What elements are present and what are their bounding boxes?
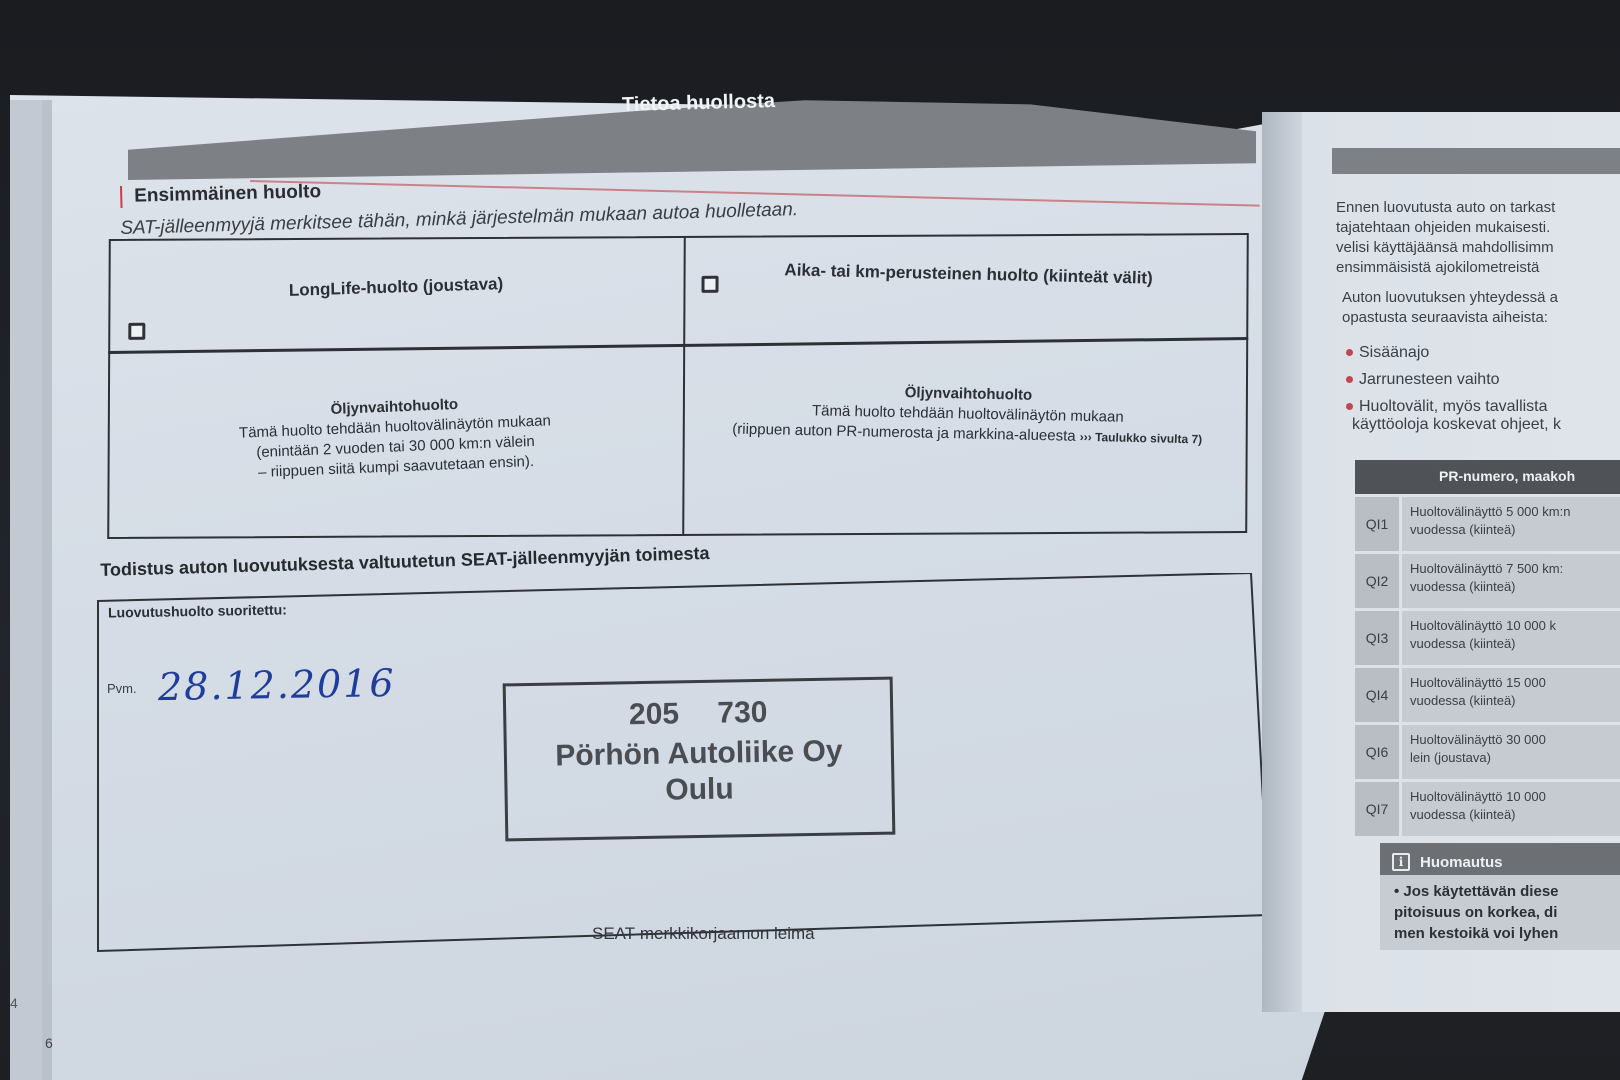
pr-description: Huoltovälinäyttö 10 000 k vuodessa (kiin…	[1402, 611, 1620, 665]
pr-description: Huoltovälinäyttö 30 000 lein (joustava)	[1402, 725, 1620, 779]
text-line: opastusta seuraavista aiheista:	[1342, 308, 1558, 328]
pr-code: QI4	[1355, 668, 1399, 722]
info-icon: i	[1392, 853, 1410, 871]
table-row: QI7 Huoltovälinäyttö 10 000 vuodessa (ki…	[1355, 782, 1620, 836]
bullet-icon	[1346, 403, 1353, 410]
table-row: QI2 Huoltovälinäyttö 7 500 km: vuodessa …	[1355, 554, 1620, 608]
table-row: QI3 Huoltovälinäyttö 10 000 k vuodessa (…	[1355, 611, 1620, 665]
table-row: QI4 Huoltovälinäyttö 15 000 vuodessa (ki…	[1355, 668, 1620, 722]
handwritten-date: 28.12.2016	[158, 661, 396, 709]
text-line: Auton luovutuksen yhteydessä a	[1342, 288, 1558, 308]
pr-description: Huoltovälinäyttö 5 000 km:n vuodessa (ki…	[1402, 497, 1620, 551]
desc-line: Huoltovälinäyttö 15 000	[1410, 674, 1620, 692]
bullet-icon	[1346, 349, 1353, 356]
list-item: Sisäänajo	[1346, 344, 1561, 362]
desc-line: Huoltovälinäyttö 7 500 km:	[1410, 560, 1620, 578]
table-reference-link[interactable]: ››› Taulukko sivulta 7)	[1080, 430, 1203, 447]
table-header: PR-numero, maakoh	[1355, 460, 1620, 494]
bullet-icon	[1346, 376, 1353, 383]
pr-code: QI1	[1355, 497, 1399, 551]
stamp-city: Oulu	[507, 770, 892, 811]
pr-description: Huoltovälinäyttö 7 500 km: vuodessa (kii…	[1402, 554, 1620, 608]
desc-line: vuodessa (kiinteä)	[1410, 521, 1620, 539]
note-line: men kestoikä voi lyhen	[1394, 923, 1620, 944]
desc-line: Huoltovälinäyttö 10 000	[1410, 788, 1620, 806]
page-number: 4	[10, 995, 18, 1011]
handover-paragraph: Auton luovutuksen yhteydessä a opastusta…	[1342, 288, 1558, 328]
desc-line: vuodessa (kiinteä)	[1410, 692, 1620, 710]
list-item: Huoltovälit, myös tavallista	[1346, 398, 1561, 416]
topics-list: Sisäänajo Jarrunesteen vaihto Huoltoväli…	[1346, 344, 1561, 443]
note-body: • Jos käytettävän diese pitoisuus on kor…	[1380, 875, 1620, 950]
service-type-table: LongLife-huolto (joustava) Aika- tai km-…	[107, 233, 1249, 539]
pr-code: QI6	[1355, 725, 1399, 779]
handover-label: Luovutushuolto suoritettu:	[108, 601, 287, 620]
desc-line: vuodessa (kiinteä)	[1410, 578, 1620, 596]
list-item: Jarrunesteen vaihto	[1346, 371, 1561, 389]
desc-line: Huoltovälinäyttö 5 000 km:n	[1410, 503, 1620, 521]
page-edge	[10, 100, 42, 1080]
pr-code: QI7	[1355, 782, 1399, 836]
text-line: ensimmäisistä ajokilometreistä	[1336, 258, 1555, 278]
list-item-text: Huoltovälit, myös tavallista	[1359, 398, 1548, 415]
note-line: pitoisuus on korkea, di	[1394, 902, 1620, 923]
pr-number-table: PR-numero, maakoh QI1 Huoltovälinäyttö 5…	[1355, 460, 1620, 836]
page-header-title: Tietoa huollosta	[622, 90, 776, 117]
text-line: velisi käyttäjäänsä mahdollisimm	[1336, 238, 1555, 258]
intro-paragraph: Ennen luovutusta auto on tarkast tajateh…	[1336, 198, 1555, 278]
text-line: tajatehtaan ohjeiden mukaisesti.	[1336, 218, 1555, 238]
dealer-stamp: 205 730 Pörhön Autoliike Oy Oulu	[503, 677, 896, 842]
table-row: QI6 Huoltovälinäyttö 30 000 lein (jousta…	[1355, 725, 1620, 779]
pr-code: QI3	[1355, 611, 1399, 665]
fixed-details: Öljynvaihtohuolto Tämä huolto tehdään hu…	[687, 379, 1249, 451]
pr-description: Huoltovälinäyttö 10 000 vuodessa (kiinte…	[1402, 782, 1620, 836]
note-header: i Huomautus	[1380, 843, 1620, 875]
note-line: • Jos käytettävän diese	[1394, 881, 1620, 902]
stamp-caption: SEAT-merkkikorjaamon leima	[592, 924, 815, 944]
pr-description: Huoltovälinäyttö 15 000 vuodessa (kiinte…	[1402, 668, 1620, 722]
longlife-checkbox[interactable]	[128, 323, 145, 340]
list-item-text: Sisäänajo	[1359, 344, 1429, 361]
pr-code: QI2	[1355, 554, 1399, 608]
page-number: 6	[45, 1035, 53, 1051]
stamp-dealer-name: Pörhön Autoliike Oy	[507, 734, 892, 775]
desc-line: Huoltovälinäyttö 30 000	[1410, 731, 1620, 749]
desc-line: Huoltovälinäyttö 10 000 k	[1410, 617, 1620, 635]
page-edge-inner	[42, 100, 52, 1080]
table-row: QI1 Huoltovälinäyttö 5 000 km:n vuodessa…	[1355, 497, 1620, 551]
stamp-number: 205 730	[506, 694, 891, 735]
text-line: Ennen luovutusta auto on tarkast	[1336, 198, 1555, 218]
note-title: Huomautus	[1420, 854, 1503, 871]
list-item-continuation: käyttöoloja koskevat ohjeet, k	[1352, 416, 1561, 434]
page-spine	[1262, 112, 1302, 1012]
note-box: i Huomautus • Jos käytettävän diese pito…	[1380, 843, 1620, 950]
desc-line: lein (joustava)	[1410, 749, 1620, 767]
desc-line: vuodessa (kiinteä)	[1410, 806, 1620, 824]
desc-line: vuodessa (kiinteä)	[1410, 635, 1620, 653]
list-item-text: Jarrunesteen vaihto	[1359, 371, 1500, 388]
right-header-bar	[1332, 148, 1620, 174]
date-label: Pvm.	[107, 681, 137, 696]
